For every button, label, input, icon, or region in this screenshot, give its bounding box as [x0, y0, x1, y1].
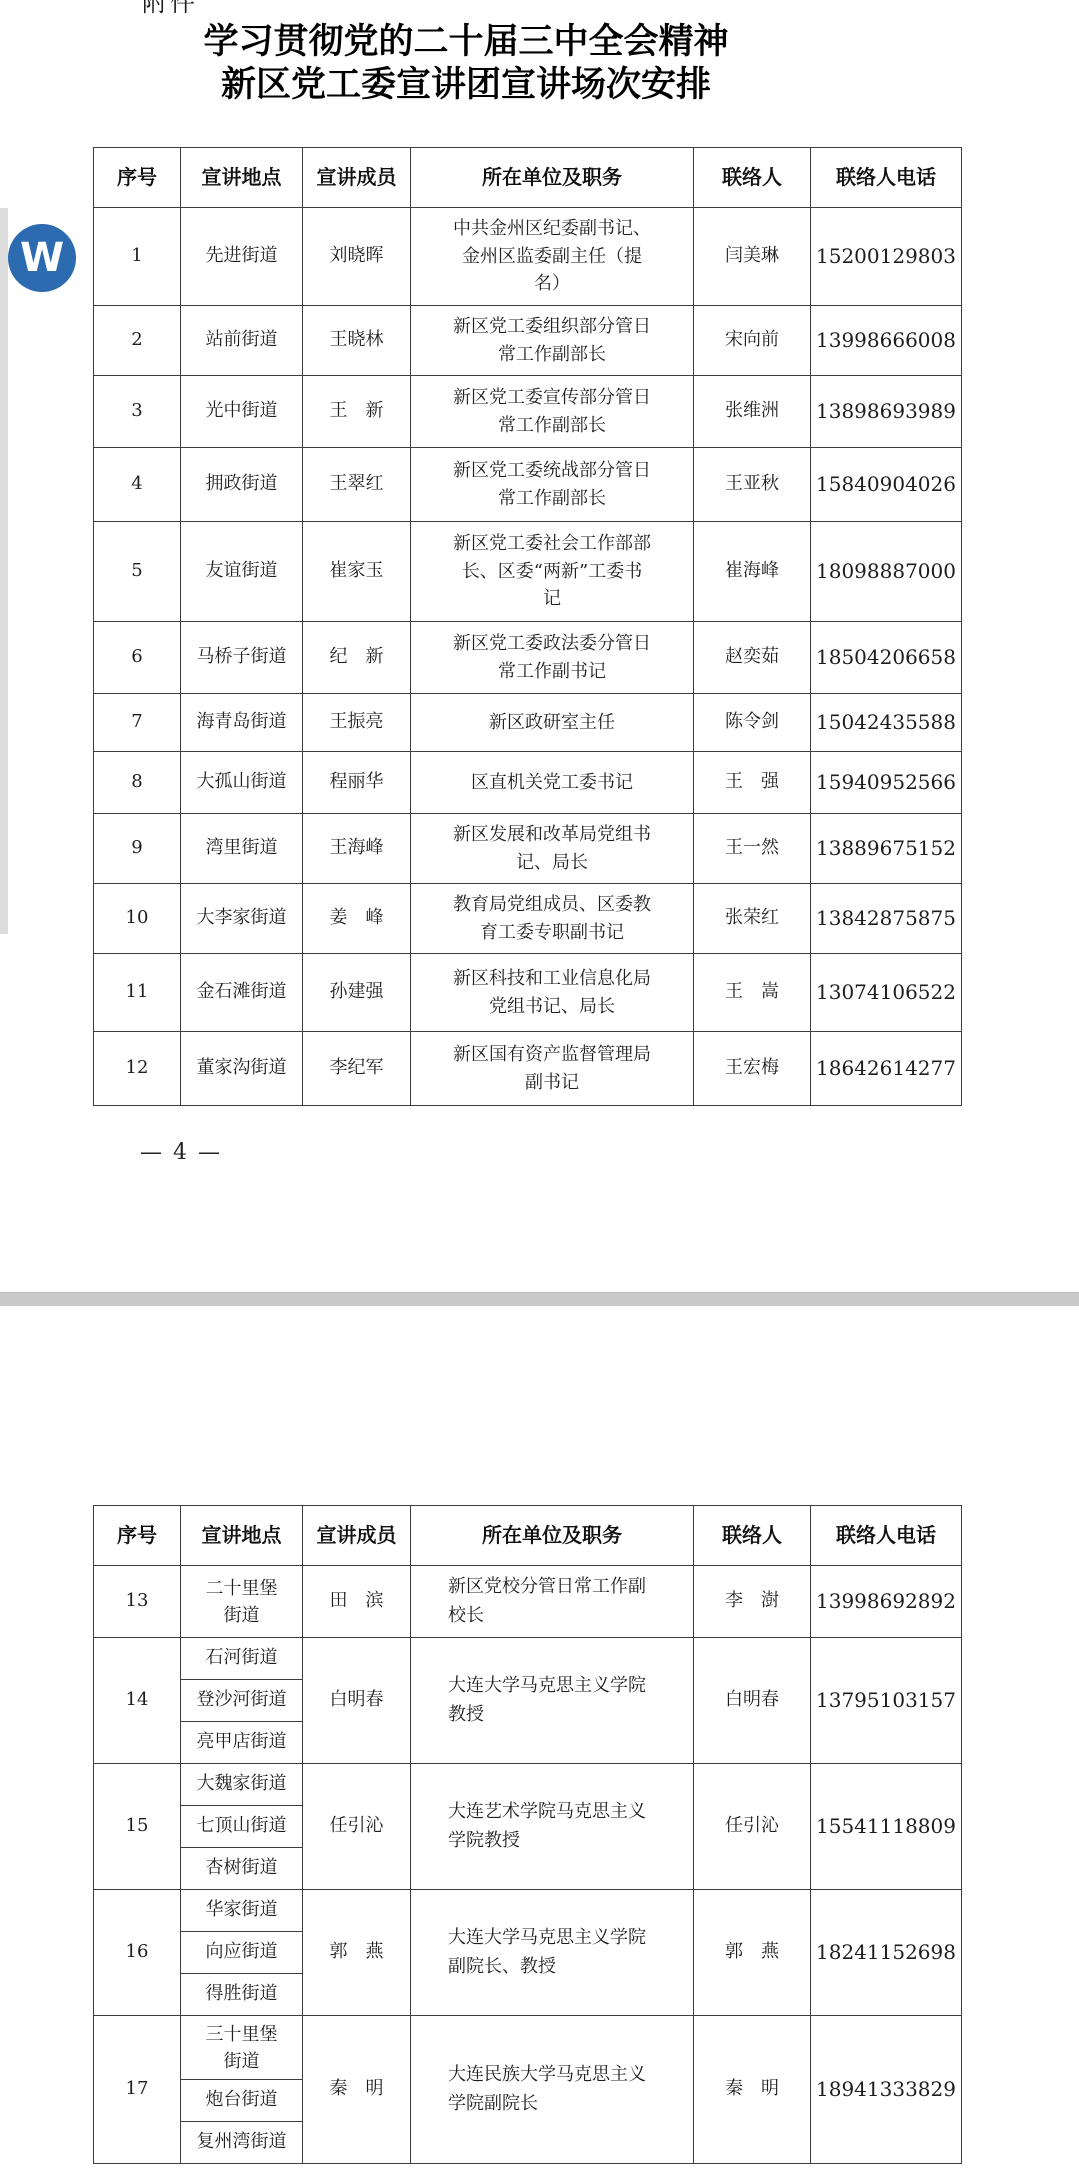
- cell-unit: 新区发展和改革局党组书记、局长: [411, 814, 694, 884]
- cell-location: 二十里堡街道: [181, 1566, 303, 1638]
- cell-member: 任引沁: [303, 1764, 411, 1890]
- cell-no: 10: [94, 884, 181, 954]
- cell-unit: 新区国有资产监督管理局副书记: [411, 1032, 694, 1106]
- cell-member: 郭 燕: [303, 1890, 411, 2016]
- table-row: 7 海青岛街道 王振亮 新区政研室主任 陈令剑 15042435588: [94, 694, 962, 752]
- cell-location: 先进街道: [181, 208, 303, 306]
- table-row: 3 光中街道 王 新 新区党工委宣传部分管日常工作副部长 张维洲 1389869…: [94, 376, 962, 448]
- cell-phone: 15042435588: [811, 694, 962, 752]
- table-row: 12 董家沟街道 李纪军 新区国有资产监督管理局副书记 王宏梅 18642614…: [94, 1032, 962, 1106]
- cell-liaison: 张维洲: [694, 376, 811, 448]
- table-row: 16 华家街道 郭 燕 大连大学马克思主义学院副院长、教授 郭 燕 182411…: [94, 1890, 962, 1932]
- watermark-w-badge: W: [8, 224, 76, 292]
- cell-unit: 新区党工委宣传部分管日常工作副部长: [411, 376, 694, 448]
- cell-no: 1: [94, 208, 181, 306]
- cell-member: 王翠红: [303, 448, 411, 522]
- cell-location: 光中街道: [181, 376, 303, 448]
- cell-phone: 13998666008: [811, 306, 962, 376]
- page-number: — 4 —: [140, 1140, 222, 1165]
- cell-no: 11: [94, 954, 181, 1032]
- cell-location: 董家沟街道: [181, 1032, 303, 1106]
- cell-liaison: 王一然: [694, 814, 811, 884]
- cell-liaison: 秦 明: [694, 2016, 811, 2164]
- header-no: 序号: [94, 148, 181, 208]
- cell-location: 三十里堡街道: [181, 2016, 303, 2080]
- header-phone: 联络人电话: [811, 148, 962, 208]
- table-header-row: 序号 宣讲地点 宣讲成员 所在单位及职务 联络人 联络人电话: [94, 1506, 962, 1566]
- cell-location: 炮台街道: [181, 2080, 303, 2122]
- cell-unit: 大连艺术学院马克思主义学院教授: [411, 1764, 694, 1890]
- header-location: 宣讲地点: [181, 1506, 303, 1566]
- cell-no: 13: [94, 1566, 181, 1638]
- cell-location: 杏树街道: [181, 1848, 303, 1890]
- cell-member: 王海峰: [303, 814, 411, 884]
- cell-liaison: 闫美琳: [694, 208, 811, 306]
- cell-unit: 大连大学马克思主义学院副院长、教授: [411, 1890, 694, 2016]
- cell-location: 站前街道: [181, 306, 303, 376]
- cell-location: 大魏家街道: [181, 1764, 303, 1806]
- cell-no: 6: [94, 622, 181, 694]
- cell-location: 马桥子街道: [181, 622, 303, 694]
- header-no: 序号: [94, 1506, 181, 1566]
- table-row: 6 马桥子街道 纪 新 新区党工委政法委分管日常工作副书记 赵奕茹 185042…: [94, 622, 962, 694]
- table-row: 4 拥政街道 王翠红 新区党工委统战部分管日常工作副部长 王亚秋 1584090…: [94, 448, 962, 522]
- cell-location: 华家街道: [181, 1890, 303, 1932]
- header-member: 宣讲成员: [303, 1506, 411, 1566]
- title-line-2: 新区党工委宣讲团宣讲场次安排: [0, 63, 932, 106]
- schedule-table-page2: 序号 宣讲地点 宣讲成员 所在单位及职务 联络人 联络人电话 13 二十里堡街道…: [93, 1505, 962, 2164]
- cell-phone: 13074106522: [811, 954, 962, 1032]
- cell-location: 大孤山街道: [181, 752, 303, 814]
- cell-member: 孙建强: [303, 954, 411, 1032]
- cell-unit: 新区党工委政法委分管日常工作副书记: [411, 622, 694, 694]
- cell-member: 崔家玉: [303, 522, 411, 622]
- cell-phone: 13998692892: [811, 1566, 962, 1638]
- cell-no: 14: [94, 1638, 181, 1764]
- cell-phone: 18241152698: [811, 1890, 962, 2016]
- schedule-table-page1: 序号 宣讲地点 宣讲成员 所在单位及职务 联络人 联络人电话 1 先进街道 刘晓…: [93, 147, 962, 1106]
- document-title: 学习贯彻党的二十届三中全会精神 新区党工委宣讲团宣讲场次安排: [0, 20, 932, 107]
- table-row: 15 大魏家街道 任引沁 大连艺术学院马克思主义学院教授 任引沁 1554111…: [94, 1764, 962, 1806]
- cell-member: 田 滨: [303, 1566, 411, 1638]
- cell-unit: 区直机关党工委书记: [411, 752, 694, 814]
- cell-location: 复州湾街道: [181, 2122, 303, 2164]
- table-row: 11 金石滩街道 孙建强 新区科技和工业信息化局党组书记、局长 王 嵩 1307…: [94, 954, 962, 1032]
- cell-member: 秦 明: [303, 2016, 411, 2164]
- header-location: 宣讲地点: [181, 148, 303, 208]
- cell-phone: 13842875875: [811, 884, 962, 954]
- table-row: 14 石河街道 白明春 大连大学马克思主义学院教授 白明春 1379510315…: [94, 1638, 962, 1680]
- cell-phone: 15940952566: [811, 752, 962, 814]
- cell-unit: 大连大学马克思主义学院教授: [411, 1638, 694, 1764]
- cell-no: 7: [94, 694, 181, 752]
- cell-member: 白明春: [303, 1638, 411, 1764]
- cell-member: 李纪军: [303, 1032, 411, 1106]
- cell-member: 王振亮: [303, 694, 411, 752]
- cell-member: 姜 峰: [303, 884, 411, 954]
- cell-liaison: 李 澍: [694, 1566, 811, 1638]
- left-margin-strip: [0, 208, 8, 934]
- title-line-1: 学习贯彻党的二十届三中全会精神: [0, 20, 932, 63]
- table-header-row: 序号 宣讲地点 宣讲成员 所在单位及职务 联络人 联络人电话: [94, 148, 962, 208]
- cell-phone: 15541118809: [811, 1764, 962, 1890]
- cell-location: 友谊街道: [181, 522, 303, 622]
- table-row: 2 站前街道 王晓林 新区党工委组织部分管日常工作副部长 宋向前 1399866…: [94, 306, 962, 376]
- cell-member: 程丽华: [303, 752, 411, 814]
- cell-member: 纪 新: [303, 622, 411, 694]
- header-unit: 所在单位及职务: [411, 148, 694, 208]
- cell-unit: 教育局党组成员、区委教育工委专职副书记: [411, 884, 694, 954]
- header-unit: 所在单位及职务: [411, 1506, 694, 1566]
- cell-location: 石河街道: [181, 1638, 303, 1680]
- header-phone: 联络人电话: [811, 1506, 962, 1566]
- table-row: 10 大李家街道 姜 峰 教育局党组成员、区委教育工委专职副书记 张荣红 138…: [94, 884, 962, 954]
- cell-location: 向应街道: [181, 1932, 303, 1974]
- cell-liaison: 王亚秋: [694, 448, 811, 522]
- cell-no: 5: [94, 522, 181, 622]
- cell-phone: 13795103157: [811, 1638, 962, 1764]
- cell-liaison: 王 强: [694, 752, 811, 814]
- cell-phone: 18504206658: [811, 622, 962, 694]
- cell-no: 12: [94, 1032, 181, 1106]
- cell-member: 王晓林: [303, 306, 411, 376]
- cell-liaison: 宋向前: [694, 306, 811, 376]
- table-row: 5 友谊街道 崔家玉 新区党工委社会工作部部长、区委“两新”工委书记 崔海峰 1…: [94, 522, 962, 622]
- cell-phone: 15840904026: [811, 448, 962, 522]
- cell-no: 3: [94, 376, 181, 448]
- cell-liaison: 陈令剑: [694, 694, 811, 752]
- cell-unit: 新区科技和工业信息化局党组书记、局长: [411, 954, 694, 1032]
- cell-no: 16: [94, 1890, 181, 2016]
- table-row: 13 二十里堡街道 田 滨 新区党校分管日常工作副校长 李 澍 13998692…: [94, 1566, 962, 1638]
- cell-no: 4: [94, 448, 181, 522]
- cell-liaison: 白明春: [694, 1638, 811, 1764]
- cell-location: 七顶山街道: [181, 1806, 303, 1848]
- cell-unit: 新区政研室主任: [411, 694, 694, 752]
- cell-location: 湾里街道: [181, 814, 303, 884]
- table-row: 8 大孤山街道 程丽华 区直机关党工委书记 王 强 15940952566: [94, 752, 962, 814]
- cell-unit: 大连民族大学马克思主义学院副院长: [411, 2016, 694, 2164]
- header-member: 宣讲成员: [303, 148, 411, 208]
- cell-phone: 18642614277: [811, 1032, 962, 1106]
- cell-unit: 新区党工委社会工作部部长、区委“两新”工委书记: [411, 522, 694, 622]
- cell-no: 2: [94, 306, 181, 376]
- cell-location: 登沙河街道: [181, 1680, 303, 1722]
- table-row: 17 三十里堡街道 秦 明 大连民族大学马克思主义学院副院长 秦 明 18941…: [94, 2016, 962, 2080]
- cell-location: 亮甲店街道: [181, 1722, 303, 1764]
- header-liaison: 联络人: [694, 1506, 811, 1566]
- cell-liaison: 任引沁: [694, 1764, 811, 1890]
- cell-liaison: 郭 燕: [694, 1890, 811, 2016]
- cell-unit: 新区党工委统战部分管日常工作副部长: [411, 448, 694, 522]
- cell-location: 海青岛街道: [181, 694, 303, 752]
- cell-location: 金石滩街道: [181, 954, 303, 1032]
- cell-liaison: 王 嵩: [694, 954, 811, 1032]
- cell-phone: 13898693989: [811, 376, 962, 448]
- attachment-label: 附件: [142, 0, 198, 19]
- header-liaison: 联络人: [694, 148, 811, 208]
- cell-no: 17: [94, 2016, 181, 2164]
- cell-no: 9: [94, 814, 181, 884]
- page-separator: [0, 1292, 1079, 1306]
- cell-location: 拥政街道: [181, 448, 303, 522]
- cell-location: 得胜街道: [181, 1974, 303, 2016]
- cell-liaison: 赵奕茹: [694, 622, 811, 694]
- cell-phone: 18941333829: [811, 2016, 962, 2164]
- cell-location: 大李家街道: [181, 884, 303, 954]
- cell-phone: 13889675152: [811, 814, 962, 884]
- cell-member: 刘晓晖: [303, 208, 411, 306]
- cell-no: 15: [94, 1764, 181, 1890]
- cell-unit: 中共金州区纪委副书记、金州区监委副主任（提名）: [411, 208, 694, 306]
- cell-unit: 新区党工委组织部分管日常工作副部长: [411, 306, 694, 376]
- cell-member: 王 新: [303, 376, 411, 448]
- table-row: 1 先进街道 刘晓晖 中共金州区纪委副书记、金州区监委副主任（提名） 闫美琳 1…: [94, 208, 962, 306]
- cell-liaison: 张荣红: [694, 884, 811, 954]
- cell-phone: 15200129803: [811, 208, 962, 306]
- cell-no: 8: [94, 752, 181, 814]
- cell-phone: 18098887000: [811, 522, 962, 622]
- cell-unit: 新区党校分管日常工作副校长: [411, 1566, 694, 1638]
- cell-liaison: 王宏梅: [694, 1032, 811, 1106]
- cell-liaison: 崔海峰: [694, 522, 811, 622]
- table-row: 9 湾里街道 王海峰 新区发展和改革局党组书记、局长 王一然 138896751…: [94, 814, 962, 884]
